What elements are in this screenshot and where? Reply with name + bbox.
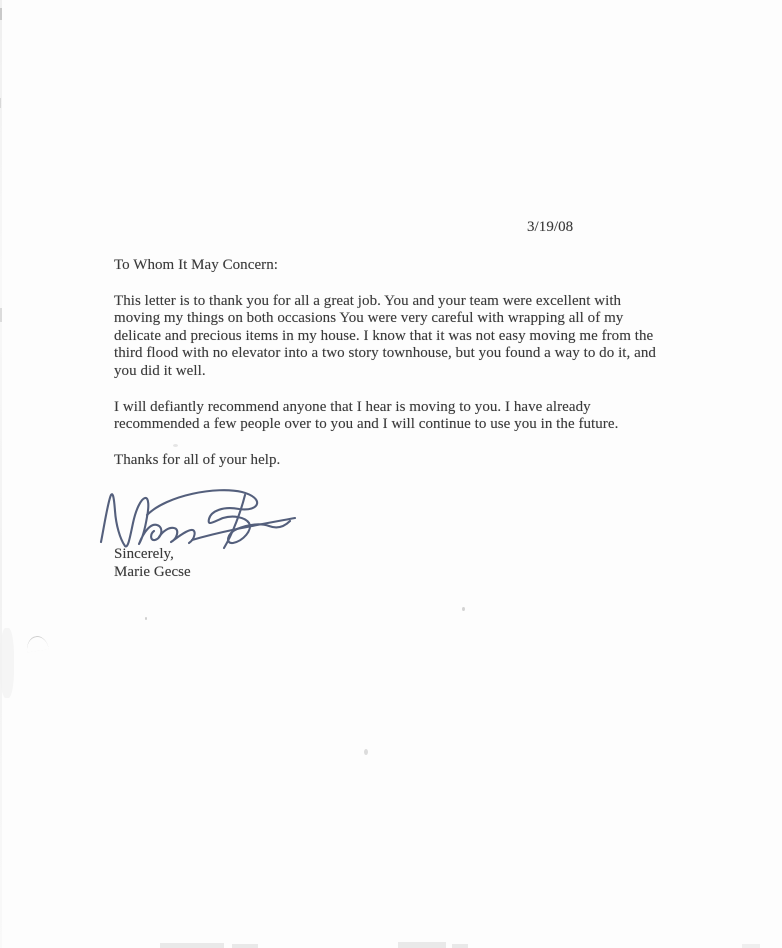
letter-line: This letter is to thank you for all a gr… xyxy=(114,293,656,310)
scan-edge-artifact xyxy=(0,8,2,20)
signature-strokes xyxy=(101,490,295,548)
paragraph-1: This letter is to thank you for all a gr… xyxy=(114,293,656,380)
pencil-mark-artifact xyxy=(25,635,49,653)
scan-speck-artifact xyxy=(173,444,178,447)
cropped-bottom-text-artifact xyxy=(160,943,224,948)
scan-edge-artifact xyxy=(0,98,1,108)
scanned-letter-page: 3/19/08 To Whom It May Concern: This let… xyxy=(0,0,782,948)
scan-speck-artifact xyxy=(462,607,465,611)
cropped-bottom-text-artifact xyxy=(742,944,760,948)
letter-line: I will defiantly recommend anyone that I… xyxy=(114,399,618,416)
letter-line: third flood with no elevator into a two … xyxy=(114,345,656,362)
paragraph-3: Thanks for all of your help. xyxy=(114,452,280,469)
scan-speck-artifact xyxy=(364,749,368,755)
letter-line: delicate and precious items in my house.… xyxy=(114,328,656,345)
letter-date: 3/19/08 xyxy=(527,219,573,236)
cropped-bottom-text-artifact xyxy=(232,944,258,948)
cropped-bottom-text-artifact xyxy=(398,942,446,948)
paragraph-2: I will defiantly recommend anyone that I… xyxy=(114,399,618,434)
cropped-bottom-text-artifact xyxy=(452,944,468,948)
signer-name: Marie Gecse xyxy=(114,564,191,581)
scan-edge-artifact xyxy=(0,308,2,322)
scan-smudge-artifact xyxy=(0,628,14,698)
letter-line: moving my things on both occasions You w… xyxy=(114,310,656,327)
letter-line: recommended a few people over to you and… xyxy=(114,416,618,433)
scan-edge-artifact xyxy=(0,0,2,948)
scan-speck-artifact xyxy=(145,617,147,620)
letter-line: you did it well. xyxy=(114,363,656,380)
salutation: To Whom It May Concern: xyxy=(114,257,278,274)
closing: Sincerely, xyxy=(114,546,174,563)
handwritten-signature-icon xyxy=(97,485,302,551)
